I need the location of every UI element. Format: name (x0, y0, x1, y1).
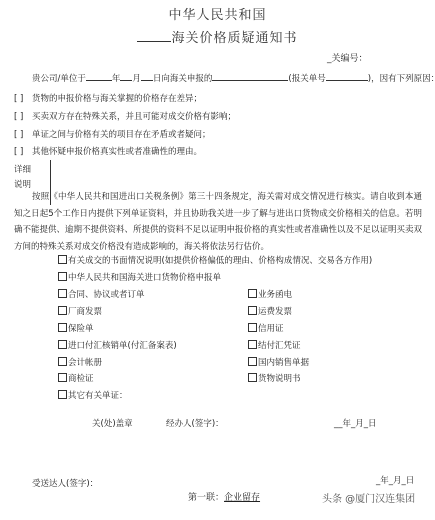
reason-checkbox[interactable]: [ ] (14, 147, 32, 157)
reason-text: 买卖双方存在特殊关系，并且可能对成交价格有影响； (32, 112, 236, 122)
date-field-2: _年_月_日 (376, 474, 414, 486)
doc-label: 中华人民共和国海关进口货物价格申报单 (68, 273, 221, 283)
doc-label: 结付汇凭证 (258, 341, 301, 351)
copy-label-prefix: 第一联： (188, 493, 224, 503)
doc-item[interactable]: 中华人民共和国海关进口货物价格申报单 (58, 271, 221, 283)
doc-item[interactable]: 保险单 (58, 322, 94, 334)
reason-item: [ ]买卖双方存在特殊关系，并且可能对成交价格有影响； (14, 110, 236, 122)
doc-item[interactable]: 会计帐册 (58, 356, 102, 368)
copy-label-value: 企业留存 (224, 493, 260, 503)
doc-item[interactable]: 信用证 (248, 322, 284, 334)
reason-checkbox[interactable]: [ ] (14, 112, 32, 122)
goods-blank (212, 70, 288, 81)
doc-label: 厂商发票 (68, 307, 102, 317)
doc-item[interactable]: 国内销售单据 (248, 356, 309, 368)
doc-item[interactable]: 厂商发票 (58, 305, 102, 317)
checkbox-icon[interactable] (248, 323, 257, 332)
doc-item[interactable]: 进口付汇核销单(付汇备案表) (58, 339, 177, 351)
checkbox-icon[interactable] (58, 390, 67, 399)
doc-label: 进口付汇核销单(付汇备案表) (68, 341, 177, 351)
reason-item: [ ]其他怀疑申报价格真实性或者准确性的理由。 (14, 145, 202, 157)
doc-item-other[interactable]: 其它有关单证： (58, 389, 128, 401)
title-notice: 海关价格质疑通知书 (0, 27, 435, 46)
day-blank (141, 70, 153, 81)
doc-label: 会计帐册 (68, 358, 102, 368)
checkbox-icon[interactable] (248, 373, 257, 382)
month-blank (120, 70, 132, 81)
reason-checkbox[interactable]: [ ] (14, 94, 32, 104)
legal-paragraph: 按照《中华人民共和国进出口关税条例》第三十四条规定，海关需对成交情况进行核实。请… (14, 189, 422, 255)
checkbox-icon[interactable] (58, 373, 67, 382)
doc-label: 信用证 (258, 324, 284, 334)
doc-label: 合同、协议或者订单 (68, 290, 145, 300)
doc-label: 商检证 (68, 374, 94, 384)
checkbox-icon[interactable] (248, 357, 257, 366)
decl-no-blank (326, 70, 368, 81)
checkbox-icon[interactable] (58, 272, 67, 281)
doc-item[interactable]: 结付汇凭证 (248, 339, 301, 351)
year-label: 年 (112, 74, 121, 84)
doc-item[interactable]: 业务函电 (248, 288, 292, 300)
year-blank (86, 70, 112, 81)
checkbox-icon[interactable] (248, 340, 257, 349)
doc-item[interactable]: 运费发票 (248, 305, 292, 317)
title-country: 中华人民共和国 (0, 4, 435, 23)
doc-label: 运费发票 (258, 307, 292, 317)
doc-item[interactable]: 货物说明书 (248, 372, 301, 384)
checkbox-icon[interactable] (248, 306, 257, 315)
reason-checkbox[interactable]: [ ] (14, 130, 32, 140)
doc-number-label: _关编号： (327, 51, 368, 64)
intro-end: )，因有下列原因： (368, 74, 435, 84)
doc-item[interactable]: 商检证 (58, 372, 94, 384)
customs-name-blank (137, 30, 171, 42)
watermark: 头条 @厦门汉连集团 (322, 490, 415, 505)
reason-text: 货物的申报价格与海关掌握的价格存在差异； (32, 94, 202, 104)
date-field-1: __年_月_日 (334, 417, 377, 429)
title-notice-text: 海关价格质疑通知书 (171, 31, 297, 46)
doc-item[interactable]: 合同、协议或者订单 (58, 288, 145, 300)
doc-item[interactable]: 有关成交的书面情况说明(如提供价格偏低的理由、价格构成情况、交易各方作用) (58, 254, 372, 266)
checkbox-icon[interactable] (58, 357, 67, 366)
month-label: 月 (132, 74, 141, 84)
checkbox-icon[interactable] (58, 323, 67, 332)
day-label: 日向海关申报的 (153, 74, 213, 84)
checkbox-icon[interactable] (58, 289, 67, 298)
recipient-signature-label: 受送达人(签字)： (32, 477, 98, 489)
officer-signature-label: 经办人(签字)： (166, 417, 224, 429)
doc-label: 其它有关单证： (68, 391, 128, 401)
checkbox-icon[interactable] (248, 289, 257, 298)
doc-label: 有关成交的书面情况说明(如提供价格偏低的理由、价格构成情况、交易各方作用) (68, 256, 372, 266)
doc-label: 业务函电 (258, 290, 292, 300)
intro-line: 贵公司/单位于年月日向海关申报的(报关单号)，因有下列原因： (32, 70, 435, 84)
reason-item: [ ]单证之间与价格有关的项目存在矛盾或者疑问； (14, 128, 211, 140)
checkbox-icon[interactable] (58, 255, 67, 264)
doc-label: 国内销售单据 (258, 358, 309, 368)
decl-no-label: (报关单号 (288, 74, 325, 84)
reason-text: 其他怀疑申报价格真实性或者准确性的理由。 (32, 147, 202, 157)
doc-label: 货物说明书 (258, 374, 301, 384)
checkbox-icon[interactable] (58, 306, 67, 315)
detail-label-1: 详细 (14, 163, 31, 175)
checkbox-icon[interactable] (58, 340, 67, 349)
reason-text: 单证之间与价格有关的项目存在矛盾或者疑问； (32, 130, 211, 140)
doc-label: 保险单 (68, 324, 94, 334)
seal-label: 关(处)盖章 (92, 417, 133, 429)
intro-text: 贵公司/单位于 (32, 74, 86, 84)
reason-item: [ ]货物的申报价格与海关掌握的价格存在差异； (14, 92, 202, 104)
copy-label: 第一联：企业留存 (188, 490, 260, 503)
